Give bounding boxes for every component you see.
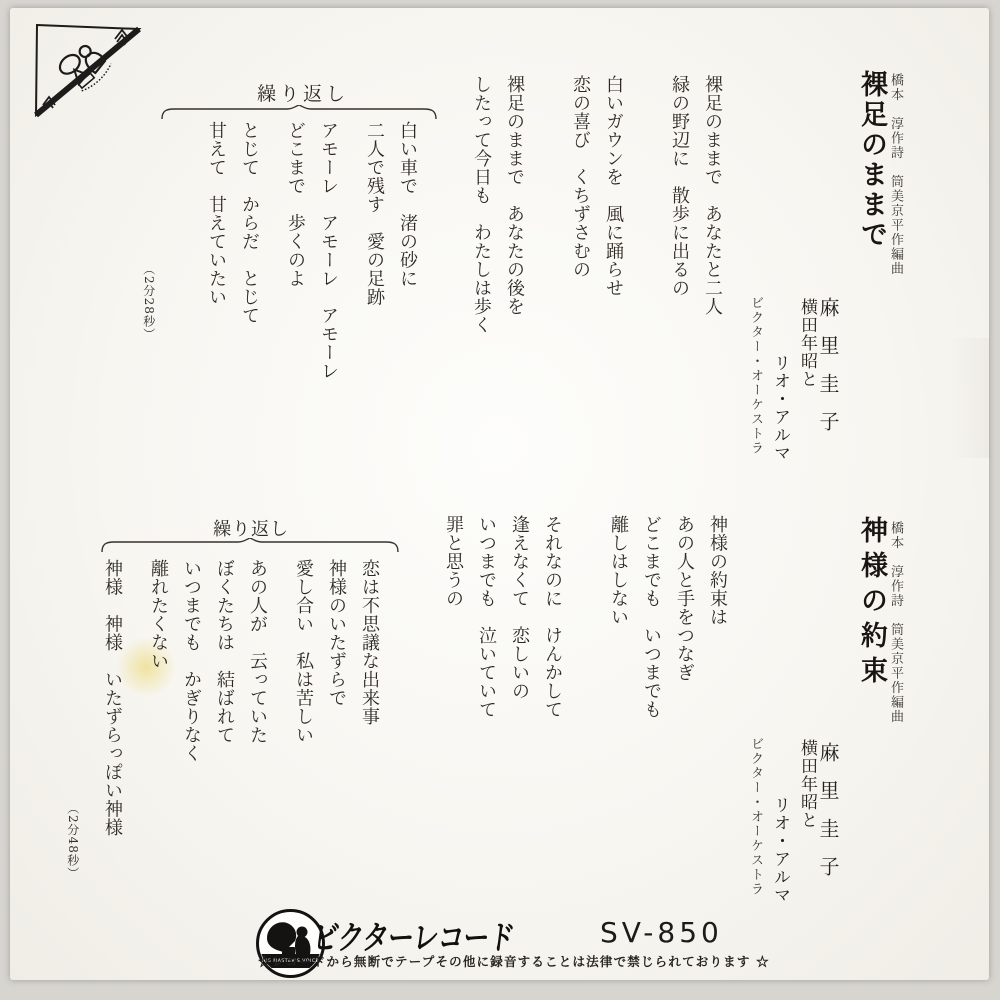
scan-background: 橋本 淳作詩 筒美京平作編曲 裸足のままで 麻里圭子 横田年昭と リオ・アルマ … — [0, 0, 1000, 1000]
lyric-column: 甘えて 甘えていたい — [207, 121, 225, 380]
lyric-column: したって今日も わたしは歩く — [472, 75, 490, 334]
lyric-column: 二人で残す 愛の足跡 — [365, 121, 383, 380]
lyric-column: 裸足のままで あなたと二人 — [703, 75, 721, 334]
lyric-column: とじて からだ とじて — [240, 121, 258, 380]
song2-title: 神様の約束 — [856, 516, 887, 691]
song1-band-line2: リオ・アルマ — [769, 354, 789, 462]
lyric-column: 白いガウンを 風に踊らせ — [604, 75, 622, 334]
lyric-column: 罪と思うの — [444, 515, 462, 719]
refrain-brace — [160, 105, 438, 120]
song2-orchestra: ビクター・オーケストラ — [747, 737, 762, 897]
lyric-column: 裸足のままで あなたの後を — [505, 75, 523, 334]
catalog-number: SV-850 — [600, 916, 723, 949]
lyric-column: あの人が 云っていた — [248, 559, 266, 837]
song2-writer-credits: 橋本 淳作詩 筒美京平作編曲 — [887, 521, 902, 724]
song1-duration: （2分28秒） — [141, 263, 155, 341]
song2-band-line2: リオ・アルマ — [769, 796, 789, 904]
his-masters-voice-triangle-icon — [23, 13, 157, 127]
lyric-column: 愛し合い 私は苦しい — [294, 559, 312, 837]
lyric-column: 緑の野辺に 散歩に出るの — [670, 75, 688, 334]
lyric-column: 離れたくない — [149, 559, 167, 837]
lyric-column: 逢えなくて 恋しいの — [510, 515, 528, 719]
lyric-column: 神様の約束は — [708, 515, 726, 719]
song1-writer-credits: 橋本 淳作詩 筒美京平作編曲 — [887, 73, 902, 276]
lyric-column: 離しはしない — [609, 515, 627, 719]
song1-verses: 裸足のままで あなたと二人 緑の野辺に 散歩に出るの 白いガウンを 風に踊らせ … — [457, 75, 721, 334]
lyric-column: あの人と手をつなぎ — [675, 515, 693, 719]
lyric-column: いつまでも かぎりなく — [182, 559, 200, 837]
lyric-column: それなのに けんかして — [543, 515, 561, 719]
song1-orchestra: ビクター・オーケストラ — [747, 296, 762, 456]
refrain-brace — [100, 538, 400, 553]
lyric-column: 神様 神様 いたずらっぽい神様 — [103, 559, 121, 837]
song1-band-line1: 横田年昭と — [796, 298, 816, 388]
song1-refrain: 白い車で 渚の砂に 二人で残す 愛の足跡 アモーレ アモーレ アモーレ どこまで… — [192, 121, 416, 380]
lyric-column: いつまでも 泣いていて — [477, 515, 495, 719]
song1-title: 裸足のままで — [856, 70, 887, 250]
scan-shading — [950, 338, 990, 458]
lyric-column: 恋の喜び くちずさむの — [571, 75, 589, 334]
lyric-column: 白い車で 渚の砂に — [398, 121, 416, 380]
record-sleeve-back: 橋本 淳作詩 筒美京平作編曲 裸足のままで 麻里圭子 横田年昭と リオ・アルマ … — [10, 8, 989, 980]
song2-duration: （2分48秒） — [65, 802, 79, 880]
song2-vocalist: 麻里圭子 — [816, 742, 839, 894]
song2-band-line1: 横田年昭と — [796, 739, 816, 829]
lyric-column: どこまでも いつまでも — [642, 515, 660, 719]
copyright-notice: ☆レコードから無断でテープその他に録音することは法律で禁じられております ☆ — [258, 952, 770, 970]
lyric-column: アモーレ アモーレ アモーレ — [319, 121, 337, 380]
lyric-column: 恋は不思議な出来事 — [360, 559, 378, 837]
lyric-column: 神様のいたずらで — [327, 559, 345, 837]
song2-verses: 神様の約束は あの人と手をつなぎ どこまでも いつまでも 離しはしない それなの… — [429, 515, 726, 719]
lyric-column: ぼくたちは 結ばれて — [215, 559, 233, 837]
lyric-column: どこまで 歩くのよ — [286, 121, 304, 380]
song2-refrain: 恋は不思議な出来事 神様のいたずらで 愛し合い 私は苦しい あの人が 云っていた… — [88, 559, 378, 837]
song1-vocalist: 麻里圭子 — [816, 297, 839, 449]
song1-refrain-label: 繰り返し — [257, 79, 349, 106]
